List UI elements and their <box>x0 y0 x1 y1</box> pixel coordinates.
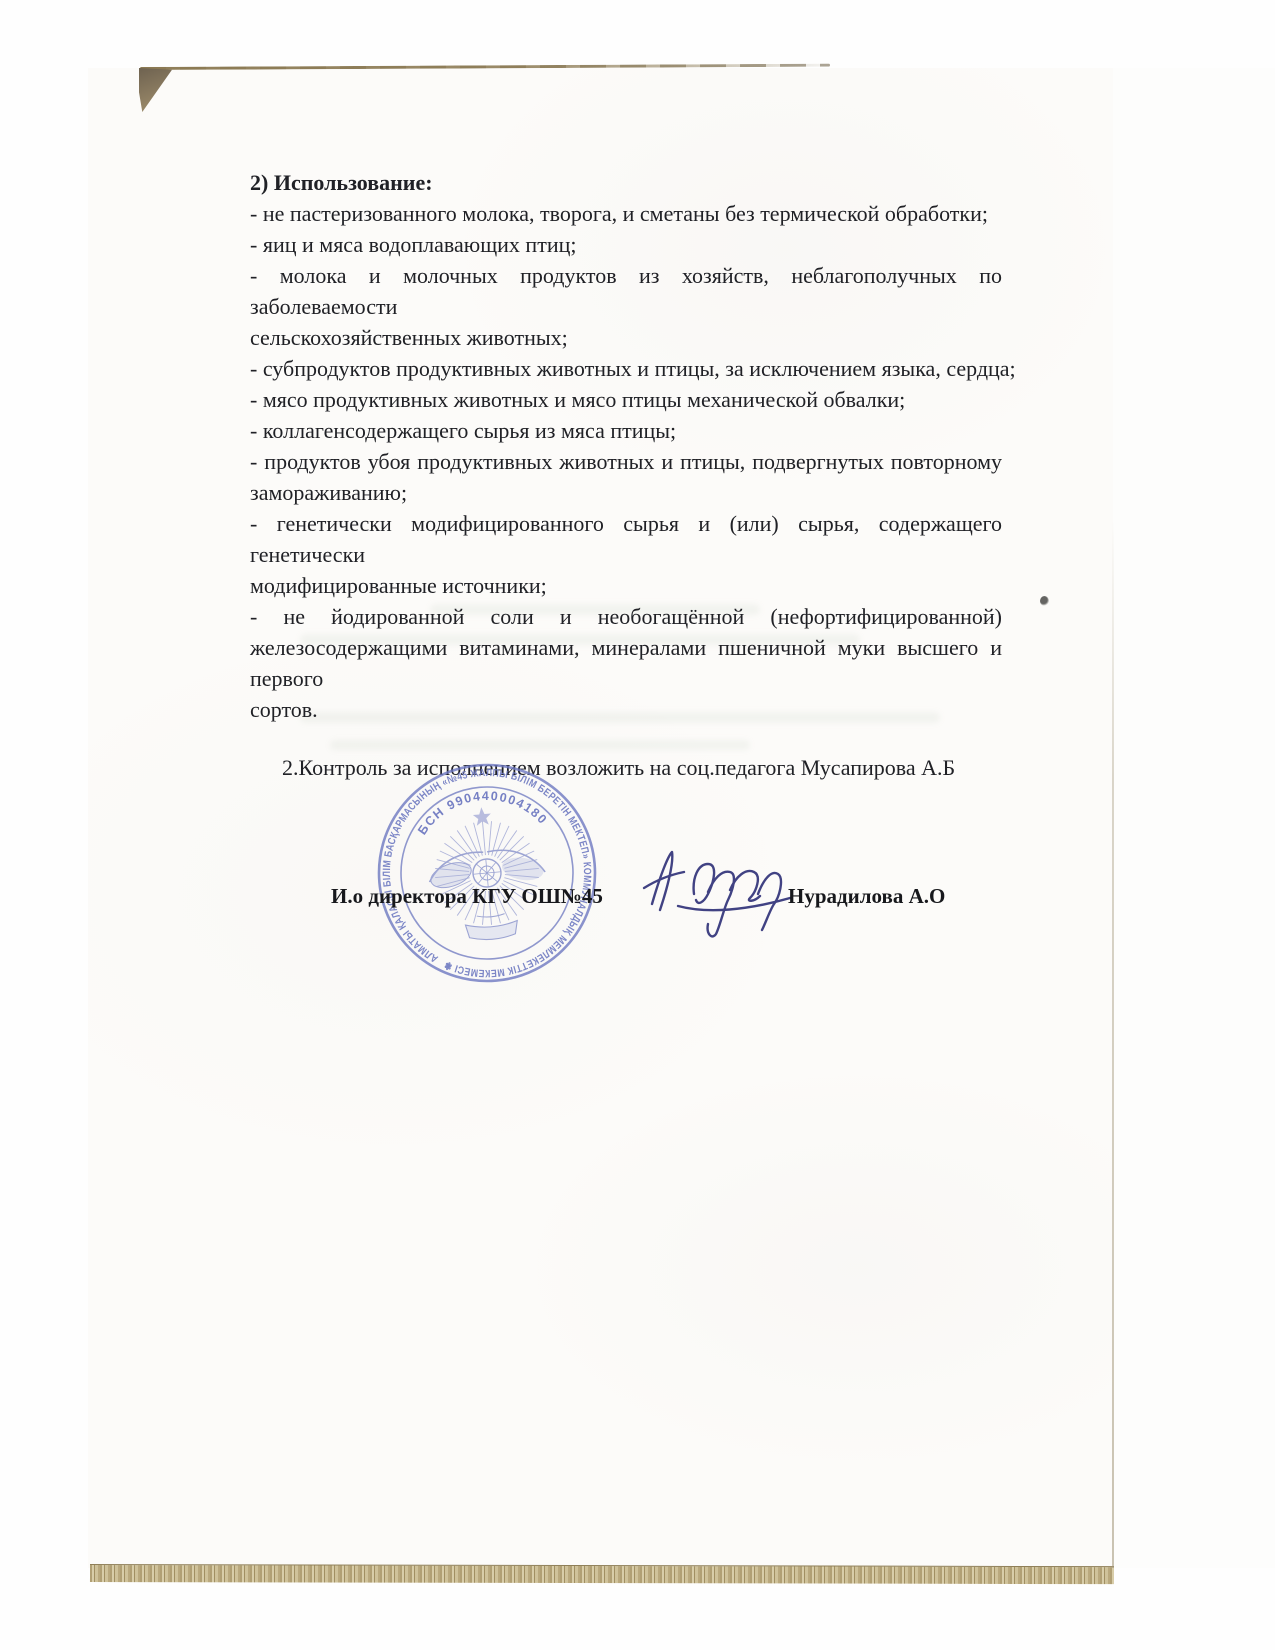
doc-line: сельскохозяйственных животных; <box>250 322 1002 353</box>
doc-line: - молока и молочных продуктов из хозяйст… <box>250 260 1002 322</box>
emblem-star <box>472 806 492 826</box>
stamp-emblem <box>422 802 551 944</box>
doc-line: - субпродуктов продуктивных животных и п… <box>250 353 1002 384</box>
doc-line: модифицированные источники; <box>250 570 1002 601</box>
signoff-name: Нурадилова А.О <box>788 884 945 909</box>
doc-line: - мясо продуктивных животных и мясо птиц… <box>250 384 1002 415</box>
scanned-document: 2) Использование: - не пастеризованного … <box>0 0 1275 1650</box>
page-right-edge <box>1112 520 1114 1568</box>
official-stamp: АЛМАТЫ ҚАЛАСЫ БІЛІМ БАСҚАРМАСЫНЫҢ «№45 Ж… <box>345 731 629 1015</box>
doc-line: - яиц и мяса водоплавающих птиц; <box>250 229 1002 260</box>
doc-line: железосодержащими витаминами, минералами… <box>250 632 1002 694</box>
doc-line: - генетически модифицированного сырья и … <box>250 508 1002 570</box>
signoff-position-label: И.о директора КГУ ОШ№45 <box>331 884 603 909</box>
scan-speck <box>1040 596 1049 606</box>
paper-right-margin <box>1113 68 1275 1568</box>
emblem-banner <box>465 921 518 942</box>
doc-line: сортов. <box>250 694 1002 725</box>
doc-line: - продуктов убоя продуктивных животных и… <box>250 446 1002 477</box>
doc-line: - коллагенсодержащего сырья из мяса птиц… <box>250 415 1002 446</box>
doc-line: замораживанию; <box>250 477 1002 508</box>
doc-line: - не йодированной соли и необогащённой (… <box>250 601 1002 632</box>
document-body: 2) Использование: - не пастеризованного … <box>250 167 1002 783</box>
doc-heading: 2) Использование: <box>250 167 1002 198</box>
doc-line: - не пастеризованного молока, творога, и… <box>250 198 1002 229</box>
signature-scribble <box>638 830 798 940</box>
page-bottom-edge <box>90 1564 1114 1584</box>
